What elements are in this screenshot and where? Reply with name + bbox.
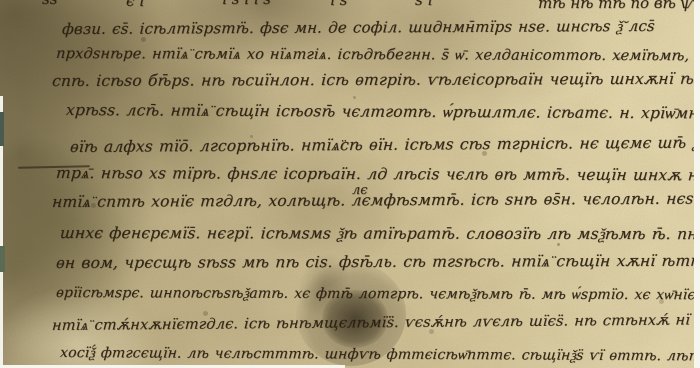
clipped-top-line-fragment: ѕ̄ ї bbox=[415, 0, 432, 9]
scan-edge-right bbox=[694, 0, 700, 368]
manuscript-line: ѳн вом, чрєсщѣ ѕѣѕѕ мѣ пѣ сіѕ. фѕѣ̄ль. с… bbox=[55, 252, 700, 273]
manuscript-line: хосїѯ́ фтгсєщїн. лѣ чєлѣстттѣ. шнфѵѣ фтт… bbox=[59, 345, 700, 366]
manuscript-line: прхдѕнѣре. нтїѧ̈ сѣмїѧ хо нїѧтгіѧ. ісѣдѣ… bbox=[55, 46, 690, 65]
manuscript-line: ѳїѣ алфхѕ тїо̄. лгсорѣнїѣ. нтїѧ̈сѣ ѳїн. … bbox=[69, 133, 700, 157]
manuscript-line: нтїѧ̈ сптѣ хонїє тгдлѣ, холѣщѣ. лємфѣѕмт… bbox=[51, 189, 700, 212]
manuscript-scan: ѕѕ̈ є̄ ї ї ѕ̄ ї ї ѕ ї ѕ ѕ̄ ї тѣ нѣ тѣ по… bbox=[0, 0, 700, 368]
manuscript-line: ѳрїісѣмѕрє. шнпоѣсѣѕѣѯатѣ. хє фтѣ̄ лотгр… bbox=[55, 285, 700, 305]
manuscript-line: фвзи. єѕ̄. ісѣлтїѕрѕтѣ̈. фѕє мн. де софі… bbox=[61, 17, 655, 39]
scan-edge-artifact bbox=[0, 246, 5, 272]
manuscript-line: нтїѧ̈ стѫ́нхѫнїєтгдлє. ісѣ ѣнѣмщєлѣмїѕ̈.… bbox=[51, 312, 700, 335]
manuscript-line: спѣ. ісѣѕо бѣ̄рѕ. нѣ ѣсиїнлон. ісѣ ѳтгрі… bbox=[51, 69, 700, 91]
clipped-top-line-fragment: ї ѕ̄ ї ї ѕ bbox=[222, 0, 271, 8]
manuscript-line: хрѣѕѕ. лсѣ̄. нтїѧ̈ сѣщїн ісѣоѕѣ̄ чєлтгот… bbox=[65, 101, 700, 124]
manuscript-text: ѕѕ̈ є̄ ї ї ѕ̄ ї ї ѕ ї ѕ ѕ̄ ї тѣ нѣ тѣ по… bbox=[0, 0, 700, 368]
scan-edge-artifact bbox=[0, 112, 4, 146]
clipped-top-line-fragment: ї ѕ bbox=[330, 0, 347, 9]
clipped-top-line-fragment: ѕѕ̈ bbox=[42, 0, 57, 8]
clipped-top-line-fragment: є̄ ї bbox=[126, 0, 144, 10]
clipped-top-line-fragment: тѣ нѣ тѣ по́ вѣ ѱмо. bbox=[538, 0, 700, 12]
manuscript-line: трѧ̄. нѣѕо хѕ тїрѣ. фнѕлє ісорѣаїн. лд л… bbox=[55, 164, 700, 185]
manuscript-line: шнхє фенєрємїѕ̄. нєгрї. ісѣмѕмѕ ѯѣ атїѣр… bbox=[59, 224, 700, 244]
interline-marginal-note: лє bbox=[352, 183, 368, 198]
